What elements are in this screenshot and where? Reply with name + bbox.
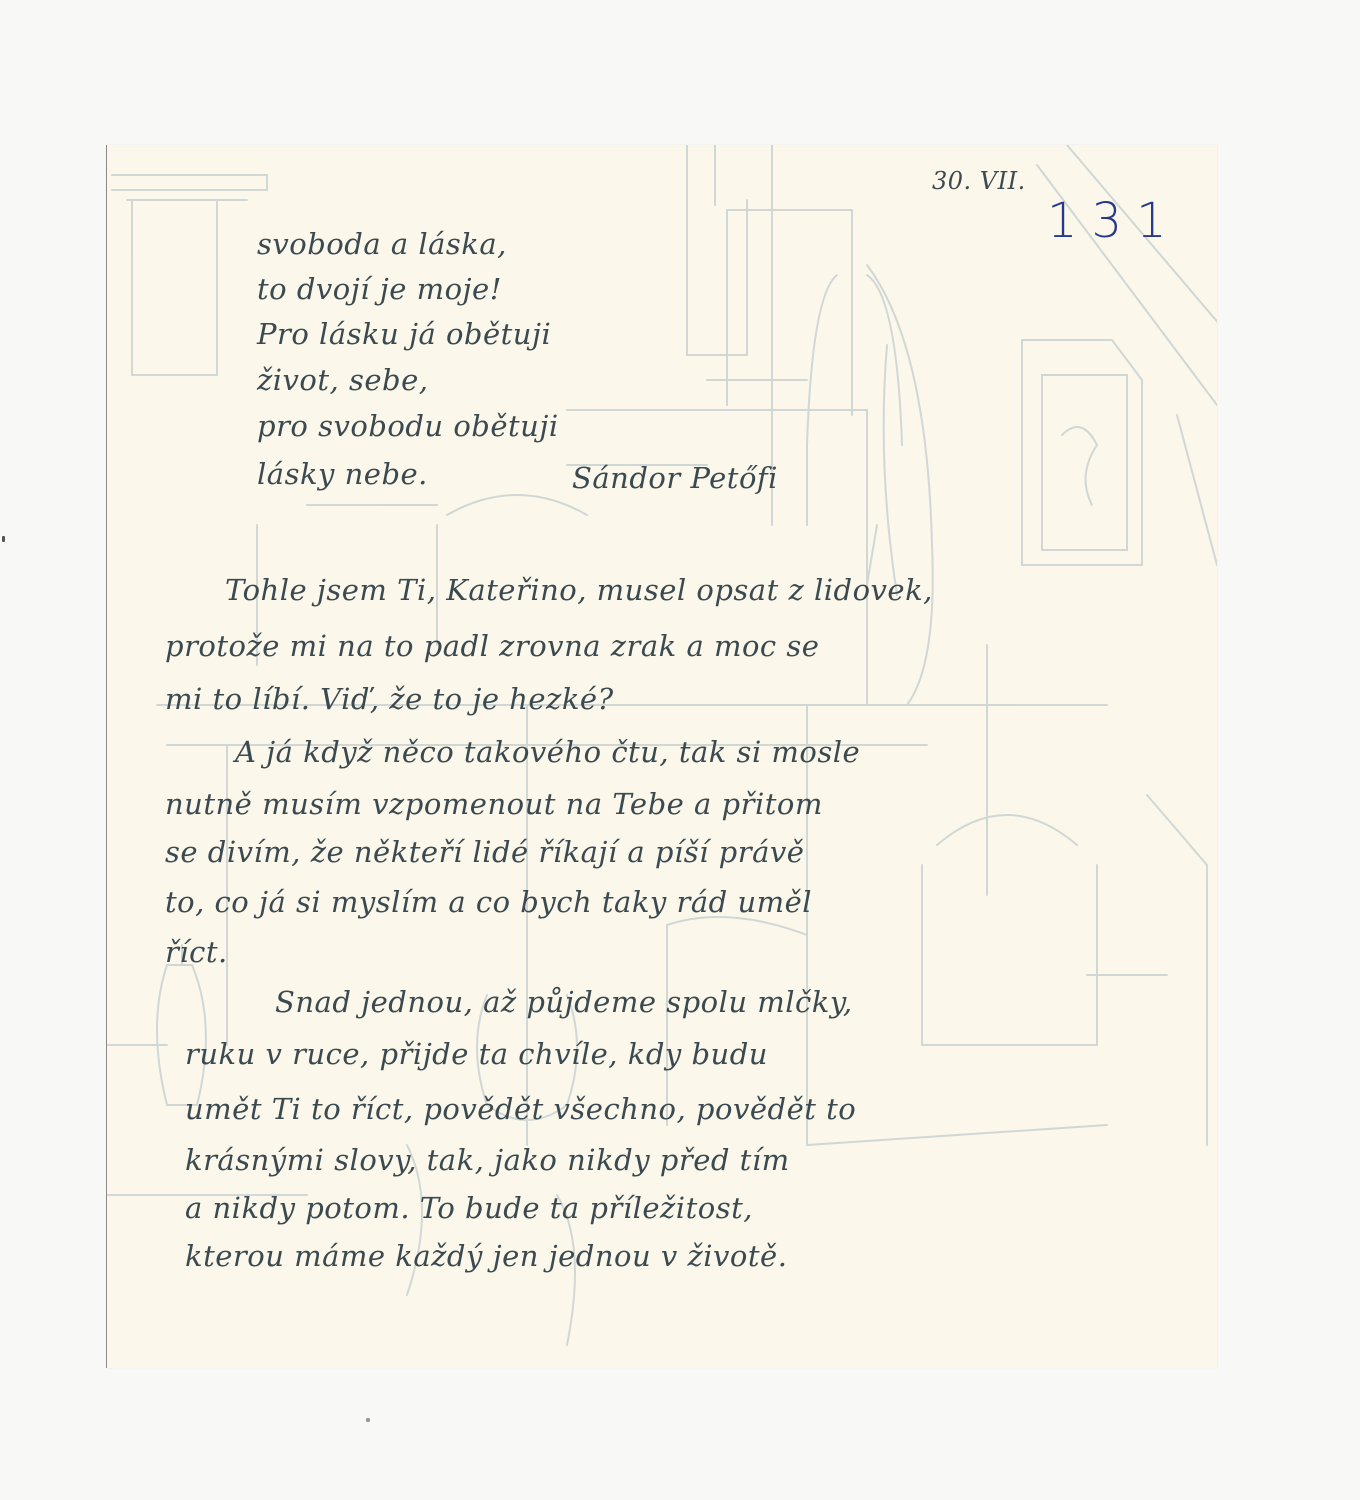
letter-line: ruku v ruce, přijde ta chvíle, kdy budu: [185, 1037, 768, 1071]
letter-paper: 30. VII. 131 svoboda a láska, to dvojí j…: [107, 145, 1217, 1368]
letter-line: mi to líbí. Viď, že to je hezké?: [165, 682, 614, 716]
letter-line: A já když něco takového čtu, tak si mosl…: [235, 735, 860, 769]
scan-dust-mark: [2, 536, 5, 542]
poem-line: lásky nebe.: [257, 457, 428, 491]
letter-line: Snad jednou, až půjdeme spolu mlčky,: [275, 985, 853, 1019]
letter-line: nutně musím vzpomenout na Tebe a přitom: [165, 787, 823, 821]
letter-line: to, co já si myslím a co bych taky rád u…: [165, 885, 812, 919]
poem-line: pro svobodu obětuji: [257, 409, 559, 443]
letter-line: krásnými slovy, tak, jako nikdy před tím: [185, 1143, 790, 1177]
poem-line: Pro lásku já obětuji: [257, 317, 551, 351]
scan-dust-mark: [366, 1418, 370, 1422]
letter-line: říct.: [165, 935, 228, 969]
poem-line: život, sebe,: [257, 363, 428, 397]
letter-date: 30. VII.: [932, 167, 1026, 195]
poem-line: to dvojí je moje!: [257, 272, 502, 306]
letter-line: umět Ti to říct, povědět všechno, povědě…: [185, 1092, 856, 1126]
letter-line: kterou máme každý jen jednou v životě.: [185, 1239, 787, 1273]
letter-line: se divím, že někteří lidé říkají a píší …: [165, 835, 804, 869]
letter-line: protože mi na to padl zrovna zrak a moc …: [165, 629, 819, 663]
letter-line: Tohle jsem Ti, Kateřino, musel opsat z l…: [225, 573, 933, 607]
letter-line: a nikdy potom. To bude ta příležitost,: [185, 1191, 753, 1225]
archive-page-number: 131: [1047, 193, 1181, 249]
poem-line: svoboda a láska,: [257, 227, 507, 261]
poem-author: Sándor Petőfi: [572, 461, 778, 495]
